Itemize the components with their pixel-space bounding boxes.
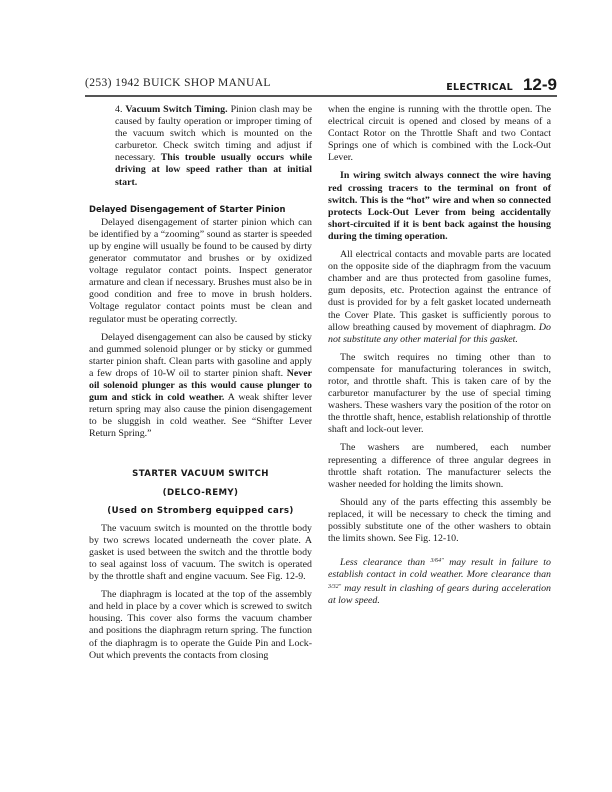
paragraph: Less clearance than 3/64″ may result in …: [328, 555, 551, 607]
spacer: [89, 446, 312, 468]
paragraph: Should any of the parts effecting this a…: [328, 497, 551, 545]
header-right: ELECTRICAL 12-9: [446, 75, 557, 95]
left-column: 4. Vacuum Switch Timing. Pinion clash ma…: [89, 104, 312, 668]
paragraph: In wiring switch always connect the wire…: [328, 170, 551, 243]
bold-instruction: In wiring switch always connect the wire…: [328, 170, 551, 241]
header-rule: [85, 95, 557, 97]
text: Delayed disengagement can also be caused…: [89, 332, 312, 379]
section-subheading: (DELCO-REMY): [89, 487, 312, 499]
right-column: when the engine is running with the thro…: [328, 104, 551, 614]
running-title: (253) 1942 BUICK SHOP MANUAL: [85, 77, 271, 89]
section-heading: STARTER VACUUM SWITCH: [89, 468, 312, 480]
paragraph: The switch requires no timing other than…: [328, 352, 551, 437]
item-title: Vacuum Switch Timing.: [125, 104, 227, 115]
paragraph: Delayed disengagement of starter pinion …: [89, 217, 312, 326]
paragraph: All electrical contacts and movable part…: [328, 249, 551, 346]
paragraph: Delayed disengagement can also be caused…: [89, 332, 312, 441]
item-4: 4. Vacuum Switch Timing. Pinion clash ma…: [89, 104, 312, 189]
page-header: (253) 1942 BUICK SHOP MANUAL ELECTRICAL …: [85, 75, 557, 93]
paragraph: The diaphragm is located at the top of t…: [89, 589, 312, 662]
item-number: 4.: [115, 104, 122, 115]
page-number: 12-9: [523, 75, 557, 95]
paragraph: when the engine is running with the thro…: [328, 104, 551, 164]
paragraph: The washers are numbered, each number re…: [328, 442, 551, 490]
subheading-delayed-disengagement: Delayed Disengagement of Starter Pinion: [89, 203, 312, 215]
section-note: (Used on Stromberg equipped cars): [89, 505, 312, 517]
text: Less clearance than: [340, 557, 431, 568]
section-label: ELECTRICAL: [446, 82, 513, 93]
fraction: 3/64″: [431, 558, 444, 564]
text: may result in clashing of gears during a…: [328, 583, 551, 606]
fraction: 3/32″: [328, 584, 341, 590]
paragraph: The vacuum switch is mounted on the thro…: [89, 523, 312, 583]
text: All electrical contacts and movable part…: [328, 249, 551, 333]
